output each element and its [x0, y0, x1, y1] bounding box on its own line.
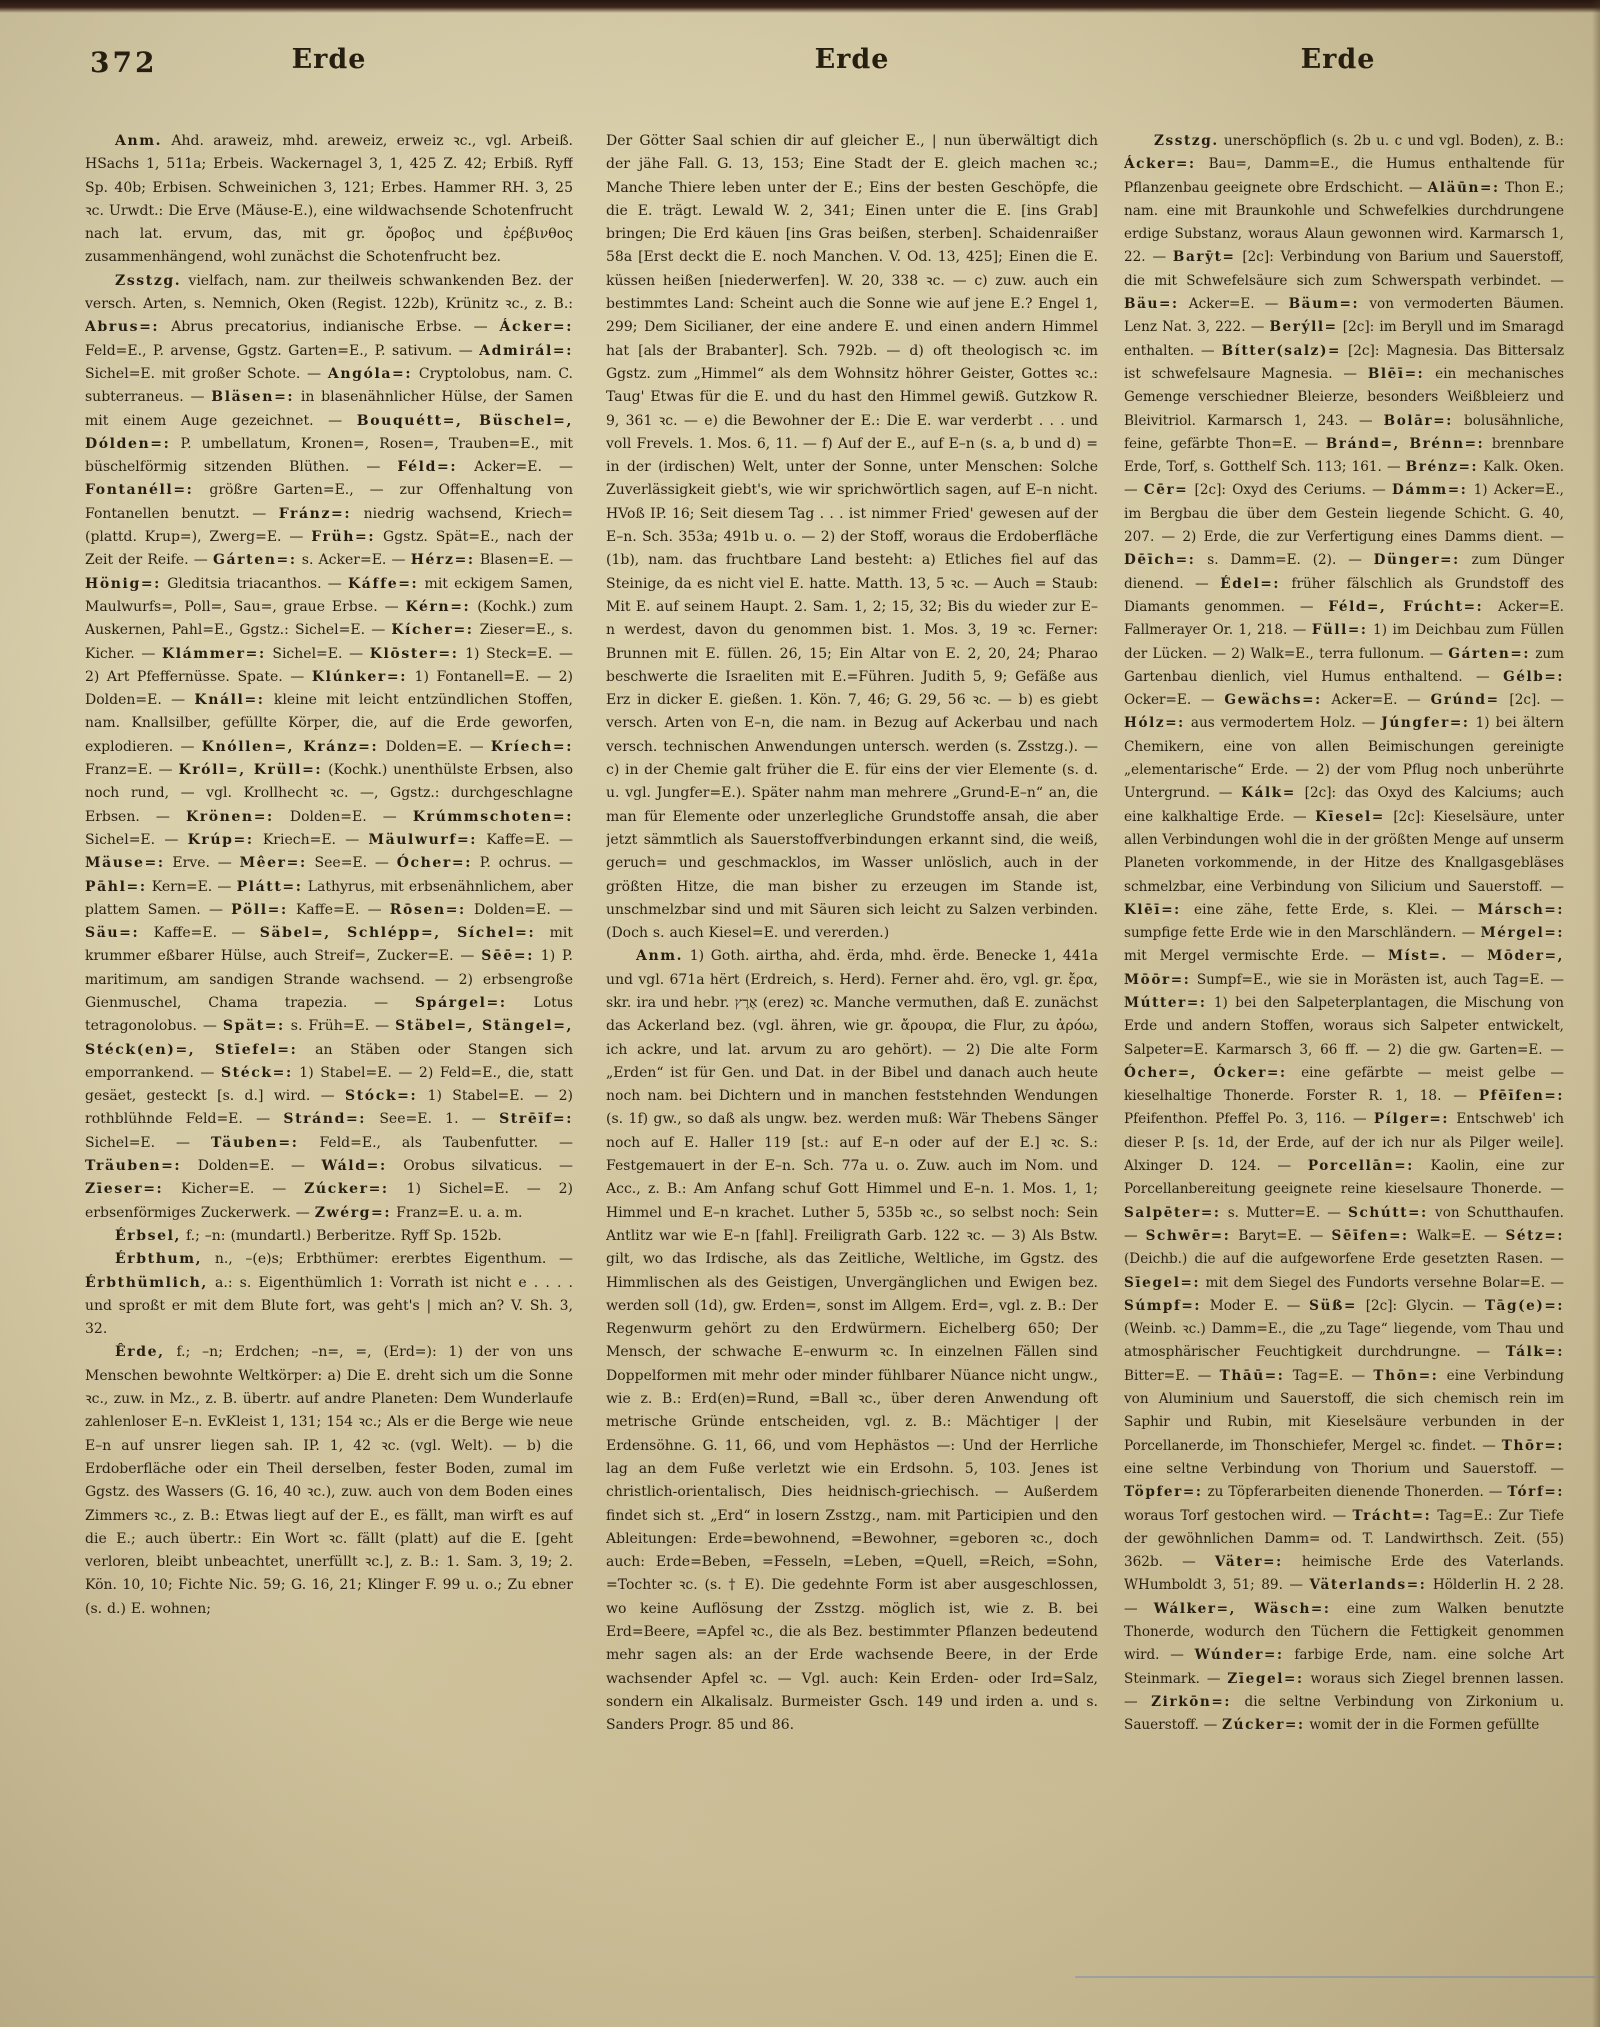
- compound-headword: Súmpf=:: [1124, 1298, 1201, 1314]
- compound-headword: Gélb=:: [1503, 669, 1564, 685]
- scan-artifact-blue-line: [1075, 1976, 1595, 1978]
- paragraph: Anm. Ahd. araweiz, mhd. areweiz, erweiz …: [85, 130, 573, 270]
- compound-headword: Anm.: [636, 948, 683, 964]
- compound-headword: Cēr=: [1144, 482, 1188, 498]
- compound-headword: Ócher=, Ócker=:: [1124, 1065, 1287, 1081]
- compound-headword: Klúnker=:: [312, 669, 407, 685]
- compound-headword: Väter=:: [1215, 1554, 1283, 1570]
- compound-headword: Strēīf=:: [499, 1111, 573, 1127]
- body-text: Pfeifenthon. Pfeffel Po. 3, 116. —: [1124, 1111, 1374, 1127]
- body-text: Feld=E., P. arvense, Ggstz. Garten=E., P…: [85, 343, 479, 359]
- compound-headword: Schwēr=:: [1146, 1228, 1231, 1244]
- compound-headword: Tāg(e)=:: [1485, 1298, 1564, 1314]
- compound-headword: Knóllen=, Kránz=:: [202, 739, 379, 755]
- body-text: 1) Goth. airtha, ahd. ërda, mhd. ërde. B…: [606, 948, 1098, 1733]
- dictionary-page: 372 Erde Erde Erde Anm. Ahd. araweiz, mh…: [0, 0, 1600, 2027]
- body-text: Kriech=E. —: [254, 832, 369, 848]
- compound-headword: Bolār=:: [1384, 413, 1453, 429]
- body-text: Kaffe=E. —: [139, 925, 260, 941]
- body-text: zu Töpferarbeiten dienende Thonerden. —: [1203, 1484, 1508, 1500]
- compound-headword: Blēī=:: [1368, 366, 1424, 382]
- body-text: Sumpf=E., wie sie in Morästen ist, auch …: [1190, 972, 1564, 988]
- compound-headword: Wáld=:: [322, 1158, 387, 1174]
- compound-headword: Bäu=:: [1124, 296, 1179, 312]
- compound-headword: Trácht=:: [1352, 1508, 1431, 1524]
- body-text: —: [1448, 948, 1487, 964]
- compound-headword: Aläūn=:: [1428, 180, 1500, 196]
- body-text: eine zähe, fette Erde, s. Klei. —: [1181, 902, 1478, 918]
- compound-headword: Angóla=:: [328, 366, 412, 382]
- body-text: Acker=E. —: [1179, 296, 1289, 312]
- compound-headword: Gewächs=:: [1224, 692, 1321, 708]
- compound-headword: Stóck=:: [345, 1088, 417, 1104]
- body-text: womit der in die Formen gefüllte: [1305, 1717, 1540, 1733]
- body-text: s. Damm=E. (2). —: [1195, 552, 1373, 568]
- compound-headword: Mäuse=:: [85, 855, 165, 871]
- compound-headword: Sétz=:: [1506, 1228, 1564, 1244]
- paragraph: Êrde, f.; –n; Erdchen; –n=, =, (Erd=): 1…: [85, 1341, 573, 1621]
- body-text: Kicher=E. —: [163, 1181, 304, 1197]
- body-text: mit Mergel vermischte Erde. —: [1124, 948, 1388, 964]
- body-text: [2c]: Glycin. —: [1357, 1298, 1485, 1314]
- body-text: Sichel=E. —: [85, 1135, 211, 1151]
- compound-headword: Mársch=:: [1478, 902, 1564, 918]
- compound-headword: Mérgel=:: [1481, 925, 1564, 941]
- body-text: woraus Torf gestochen wird. —: [1124, 1508, 1352, 1524]
- compound-headword: Krúmmschoten=:: [413, 809, 573, 825]
- body-text: Blasen=E. —: [475, 552, 573, 568]
- body-text: f.; –n: (mundartl.) Berberitze. Ryff Sp.…: [181, 1228, 502, 1244]
- compound-headword: Zwérg=:: [315, 1205, 391, 1221]
- body-text: Dolden=E. —: [181, 1158, 321, 1174]
- compound-headword: Abrus=:: [85, 319, 159, 335]
- body-text: See=E. 1. —: [366, 1111, 499, 1127]
- compound-headword: Plátt=:: [237, 879, 303, 895]
- body-text: eine seltne Verbindung von Thorium und S…: [1124, 1461, 1564, 1477]
- compound-headword: Sēē=:: [481, 948, 534, 964]
- compound-headword: Knáll=:: [194, 692, 264, 708]
- compound-headword: Gárten=:: [213, 552, 297, 568]
- compound-headword: Mêer=:: [240, 855, 307, 871]
- body-text: s. Acker=E. —: [297, 552, 411, 568]
- compound-headword: Spárgel=:: [415, 995, 507, 1011]
- body-text: mit dem Siegel des Fundorts versehne Bol…: [1200, 1275, 1564, 1291]
- compound-headword: Kálk=: [1241, 785, 1296, 801]
- compound-headword: Wúnder=:: [1195, 1647, 1284, 1663]
- body-text: Kaffe=E. —: [288, 902, 390, 918]
- body-text: Ocker=E. —: [1124, 692, 1224, 708]
- scan-edge-top: [0, 0, 1600, 13]
- body-text: [2c]. —: [1500, 692, 1564, 708]
- compound-headword: Pílger=:: [1374, 1111, 1449, 1127]
- compound-headword: Wálker=, Wäsch=:: [1154, 1601, 1331, 1617]
- body-text: Kaffe=E. —: [477, 832, 573, 848]
- body-text: aus vermodertem Holz. —: [1185, 715, 1382, 731]
- compound-headword: Sīegel=:: [1124, 1275, 1200, 1291]
- compound-headword: Zúcker=:: [304, 1181, 389, 1197]
- body-text: Acker=E. —: [457, 459, 573, 475]
- paragraph: Zsstzg. unerschöpflich (s. 2b u. c und v…: [1124, 130, 1564, 1737]
- compound-headword: Míst=.: [1388, 948, 1448, 964]
- paragraph: Der Götter Saal schien dir auf gleicher …: [606, 130, 1098, 945]
- compound-headword: Spät=:: [223, 1018, 285, 1034]
- compound-headword: Hólz=:: [1124, 715, 1185, 731]
- compound-headword: Stéck=:: [221, 1065, 293, 1081]
- body-text: Der Götter Saal schien dir auf gleicher …: [606, 133, 1098, 941]
- text-column-3: Zsstzg. unerschöpflich (s. 2b u. c und v…: [1124, 130, 1564, 1976]
- compound-headword: Érbthümlich,: [85, 1275, 208, 1291]
- compound-headword: Érbsel,: [115, 1228, 181, 1244]
- compound-headword: Pöll=:: [231, 902, 288, 918]
- body-text: s. Früh=E. —: [285, 1018, 395, 1034]
- compound-headword: Zirkōn=:: [1151, 1694, 1231, 1710]
- compound-headword: Väterlands=:: [1310, 1577, 1427, 1593]
- body-text: s. Mutter=E. —: [1220, 1205, 1348, 1221]
- body-text: f.; –n; Erdchen; –n=, =, (Erd=): 1) der …: [85, 1344, 573, 1616]
- compound-headword: Bläsen=:: [211, 389, 294, 405]
- compound-headword: Zīegel=:: [1227, 1671, 1303, 1687]
- compound-headword: Stránd=:: [283, 1111, 366, 1127]
- body-text: Ahd. araweiz, mhd. areweiz, erweiz ꝛc., …: [85, 133, 573, 265]
- compound-headword: Kérn=:: [405, 599, 470, 615]
- compound-headword: Dámm=:: [1392, 482, 1467, 498]
- compound-headword: Krúp=:: [188, 832, 254, 848]
- compound-headword: Barȳt=: [1173, 249, 1236, 265]
- body-text: (Weinb. ꝛc.) Damm=E., die „zu Tage“ lieg…: [1124, 1321, 1564, 1360]
- compound-headword: Pfēīfen=:: [1479, 1088, 1564, 1104]
- compound-headword: Klámmer=:: [162, 646, 266, 662]
- compound-headword: Brénz=:: [1406, 459, 1479, 475]
- compound-headword: Thāū=:: [1220, 1368, 1285, 1384]
- compound-headword: Tórf=:: [1507, 1484, 1564, 1500]
- compound-headword: Thōn=:: [1373, 1368, 1438, 1384]
- compound-headword: Admirál=:: [479, 343, 573, 359]
- compound-headword: Täuben=:: [211, 1135, 299, 1151]
- compound-headword: Fránz=:: [279, 506, 351, 522]
- body-text: sumpfige fette Erde wie in den Marschlän…: [1124, 925, 1481, 941]
- body-text: P. ochrus. —: [472, 855, 573, 871]
- paragraph: Anm. 1) Goth. airtha, ahd. ërda, mhd. ër…: [606, 945, 1098, 1737]
- body-text: Erve. —: [165, 855, 240, 871]
- compound-headword: Schútt=:: [1348, 1205, 1428, 1221]
- body-text: Sichel=E. mit großer Schote. —: [85, 366, 328, 382]
- body-text: Sichel=E. —: [266, 646, 370, 662]
- body-text: Bitter=E. —: [1124, 1368, 1220, 1384]
- body-text: Acker=E. —: [1322, 692, 1431, 708]
- compound-headword: Kríech=:: [491, 739, 573, 755]
- body-text: n., –(e)s; Erbthümer: ererbtes Eigenthum…: [202, 1251, 573, 1267]
- compound-headword: Bránd=, Brénn=:: [1326, 436, 1485, 452]
- body-text: Gleditsia triacanthos. —: [161, 576, 348, 592]
- compound-headword: Zīeser=:: [85, 1181, 163, 1197]
- compound-headword: Fontanéll=:: [85, 482, 193, 498]
- compound-headword: Träuben=:: [85, 1158, 181, 1174]
- body-text: [2c]: Oxyd des Ceriums. —: [1188, 482, 1392, 498]
- running-head-column-1: Erde: [85, 44, 573, 75]
- compound-headword: Érbthum,: [115, 1251, 202, 1267]
- compound-headword: Féld=:: [397, 459, 457, 475]
- body-text: Dolden=E. —: [466, 902, 573, 918]
- compound-headword: Dünger=:: [1374, 552, 1460, 568]
- body-text: Moder E. —: [1201, 1298, 1309, 1314]
- compound-headword: Zsstzg.: [115, 273, 181, 289]
- compound-headword: Füll=:: [1312, 622, 1368, 638]
- compound-headword: Früh=:: [311, 529, 375, 545]
- paragraph: Zsstzg. vielfach, nam. zur theilweis sch…: [85, 270, 573, 1225]
- compound-headword: Kícher=:: [391, 622, 473, 638]
- compound-headword: Grúnd=: [1431, 692, 1500, 708]
- compound-headword: Mäulwurf=:: [368, 832, 477, 848]
- compound-headword: Kīesel=: [1315, 809, 1385, 825]
- body-text: Sichel=E. —: [85, 832, 188, 848]
- body-text: Abrus precatorius, indianische Erbse. —: [159, 319, 499, 335]
- compound-headword: Porcellān=:: [1308, 1158, 1414, 1174]
- compound-headword: Ócher=:: [397, 855, 472, 871]
- body-text: (Deichb.) die auf die aufgeworfene Erde …: [1124, 1251, 1564, 1267]
- text-column-1: Anm. Ahd. araweiz, mhd. areweiz, erweiz …: [85, 130, 573, 1976]
- compound-headword: Dēīch=:: [1124, 552, 1195, 568]
- compound-headword: Króll=, Krüll=:: [178, 762, 322, 778]
- compound-headword: Anm.: [115, 133, 162, 149]
- compound-headword: Klēī=:: [1124, 902, 1181, 918]
- text-column-2: Der Götter Saal schien dir auf gleicher …: [606, 130, 1098, 1976]
- compound-headword: Pāhl=:: [85, 879, 147, 895]
- compound-headword: Rōsen=:: [390, 902, 466, 918]
- compound-headword: Édel=:: [1220, 576, 1280, 592]
- compound-headword: Gárten=:: [1448, 646, 1530, 662]
- compound-headword: Ácker=:: [1124, 156, 1196, 172]
- compound-headword: Júngfer=:: [1381, 715, 1469, 731]
- compound-headword: Bäum=:: [1289, 296, 1360, 312]
- compound-headword: Krönen=:: [186, 809, 274, 825]
- body-text: See=E. —: [307, 855, 397, 871]
- compound-headword: Berýll=: [1269, 319, 1337, 335]
- body-text: Kern=E. —: [147, 879, 237, 895]
- compound-headword: Bítter(salz)=: [1222, 343, 1341, 359]
- body-text: Tag=E. —: [1284, 1368, 1373, 1384]
- compound-headword: Ácker=:: [500, 319, 573, 335]
- compound-headword: Säu=:: [85, 925, 139, 941]
- body-text: unerschöpflich (s. 2b u. c und vgl. Bode…: [1219, 133, 1564, 149]
- compound-headword: Süß=: [1309, 1298, 1357, 1314]
- compound-headword: Tálk=:: [1506, 1344, 1564, 1360]
- compound-headword: Zsstzg.: [1154, 133, 1219, 149]
- running-head-column-2: Erde: [606, 44, 1098, 75]
- compound-headword: Féld=, Frúcht=:: [1328, 599, 1483, 615]
- scan-edge-right: [1592, 0, 1600, 2027]
- compound-headword: Zúcker=:: [1222, 1717, 1305, 1733]
- compound-headword: Säbel=, Schlépp=, Síchel=:: [260, 925, 535, 941]
- body-text: Baryt=E. —: [1230, 1228, 1331, 1244]
- running-head-column-3: Erde: [1112, 44, 1564, 75]
- body-text: Franz=E. —: [85, 762, 178, 778]
- compound-headword: Salpēter=:: [1124, 1205, 1220, 1221]
- compound-headword: Êrde,: [115, 1344, 165, 1360]
- compound-headword: Thōr=:: [1502, 1438, 1564, 1454]
- paragraph: Érbthum, n., –(e)s; Erbthümer: ererbtes …: [85, 1248, 573, 1341]
- paragraph: Érbsel, f.; –n: (mundartl.) Berberitze. …: [85, 1225, 573, 1248]
- compound-headword: Hönig=:: [85, 576, 161, 592]
- compound-headword: Hérz=:: [411, 552, 475, 568]
- body-text: Orobus silvaticus. —: [387, 1158, 573, 1174]
- body-text: Feld=E., als Taubenfutter. —: [299, 1135, 573, 1151]
- body-text: Dolden=E. —: [378, 739, 491, 755]
- compound-headword: Mútter=:: [1124, 995, 1207, 1011]
- compound-headword: Sēīfen=:: [1331, 1228, 1408, 1244]
- compound-headword: Káffe=:: [348, 576, 418, 592]
- body-text: Franz=E. u. a. m.: [391, 1205, 522, 1221]
- body-text: Walk=E. —: [1409, 1228, 1506, 1244]
- compound-headword: Klōster=:: [370, 646, 459, 662]
- compound-headword: Töpfer=:: [1124, 1484, 1203, 1500]
- body-text: Dolden=E. —: [274, 809, 413, 825]
